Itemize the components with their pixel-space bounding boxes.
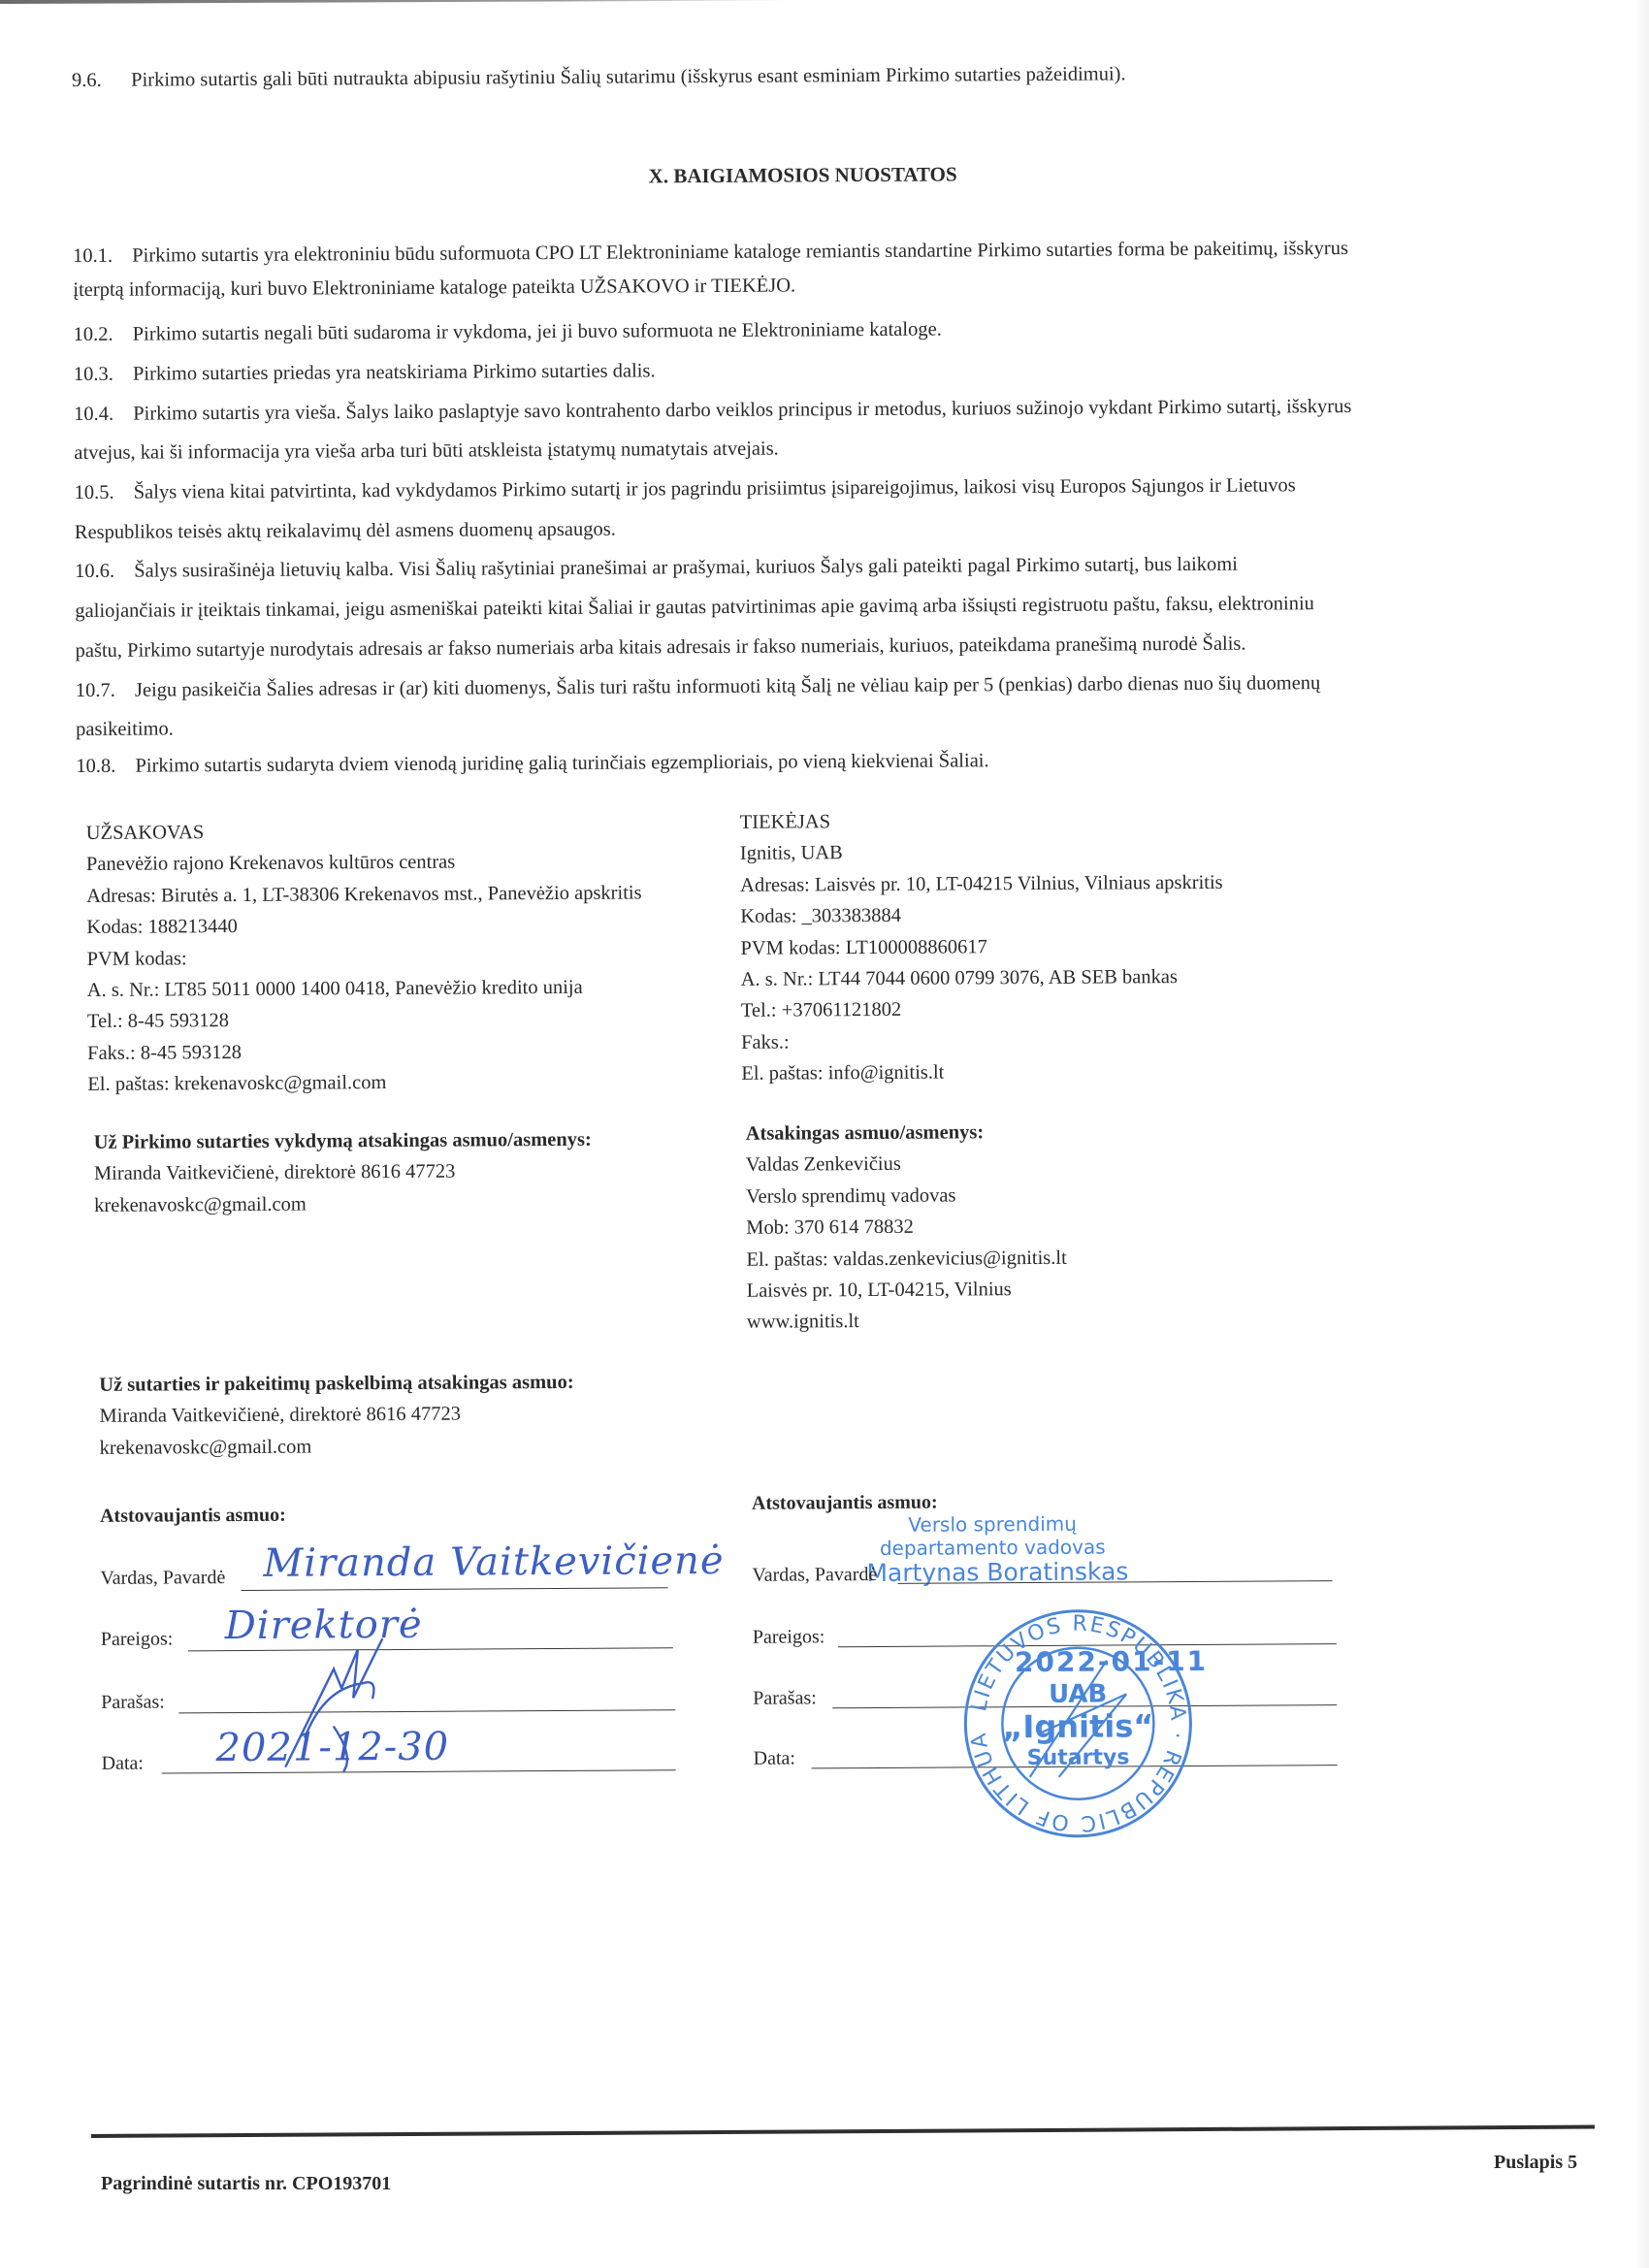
clause-number: 10.8. [76,756,130,778]
position-stamp: Verslo sprendimų departamento vadovas Ma… [866,1511,1118,1587]
supplier-responsible-email: El. paštas: valdas.zenkevicius@ignitis.l… [746,1242,1067,1275]
publication-responsible-person: Miranda Vaitkevičienė, direktorė 8616 47… [99,1398,574,1432]
section-heading: X. BAIGIAMOSIOS NUOSTATOS [649,162,957,188]
clause-9-6: 9.6. Pirkimo sutartis gali būti nutraukt… [72,63,1126,92]
supplier-responsible-mobile: Mob: 370 614 78832 [746,1211,1067,1244]
supplier-responsible-person: Valdas Zenkevičius [746,1148,1067,1181]
customer-responsible-title: Už Pirkimo sutarties vykdymą atsakingas … [94,1124,592,1159]
clause-10-6: 10.6. Šalys susirašinėja lietuvių kalba.… [75,554,1238,583]
customer-responsible-person: Miranda Vaitkevičienė, direktorė 8616 47… [94,1155,592,1190]
customer-role: UŽSAKOVAS [86,814,642,849]
customer-account: A. s. Nr.: LT85 5011 0000 1400 0418, Pan… [87,971,643,1006]
clause-text: Pirkimo sutartis gali būti nutraukta abi… [131,63,1126,90]
supplier-signature-block: Atstovaujantis asmuo: Verslo sprendimų d… [752,1489,1375,1900]
document-page: 9.6. Pirkimo sutartis gali būti nutraukt… [0,0,1649,2268]
stamp-position-line2: departamento vadovas [866,1535,1118,1560]
clause-10-5: 10.5. Šalys viena kitai patvirtinta, kad… [75,474,1296,504]
clause-10-8: 10.8. Pirkimo sutartis sudaryta dviem vi… [76,750,988,778]
signature-label: Parašas: [753,1687,817,1709]
handwritten-date: 2021-12-30 [215,1725,449,1770]
supplier-role: TIEKĖJAS [740,804,1223,838]
clause-10-4-continued: atvejus, kai ši informacija yra vieša ar… [74,438,779,465]
clause-10-5-continued: Respublikos teisės aktų reikalavimų dėl … [75,519,616,544]
clause-10-2: 10.2. Pirkimo sutartis negali būti sudar… [74,319,942,346]
position-label: Pareigos: [101,1628,174,1650]
signature-line [178,1709,675,1713]
name-line [242,1587,668,1591]
seal-line2: „Ignitis“ [1002,1707,1153,1745]
name-label: Vardas, Pavardė [752,1564,877,1587]
customer-code: Kodas: 188213440 [86,909,642,944]
clause-10-6-continued: paštu, Pirkimo sutartyje nurodytais adre… [76,633,1246,663]
customer-phone: Tel.: 8-45 593128 [87,1003,643,1038]
name-label: Vardas, Pavardė [100,1567,225,1590]
supplier-responsible-website: www.ignitis.lt [747,1305,1068,1338]
clause-number: 9.6. [72,70,126,92]
customer-responsible-email: krekenavoskc@gmail.com [94,1187,592,1222]
clause-number: 10.7. [76,680,130,702]
signature-label: Parašas: [101,1691,165,1713]
clause-10-4: 10.4. Pirkimo sutartis yra vieša. Šalys … [74,396,1351,426]
supplier-responsible: Atsakingas asmuo/asmenys: Valdas Zenkevi… [746,1117,1068,1339]
clause-number: 10.2. [74,324,128,346]
customer-details: UŽSAKOVAS Panevėžio rajono Krekenavos ku… [86,814,643,1100]
clause-number: 10.1. [73,245,127,268]
supplier-code: Kodas: _303383884 [740,898,1223,932]
date-label: Data: [102,1753,144,1775]
clause-10-7-continued: pasikeitimo. [76,718,174,741]
customer-vat-code: PVM kodas: [86,940,642,975]
supplier-account: A. s. Nr.: LT44 7044 0600 0799 3076, AB … [741,961,1224,995]
position-label: Pareigos: [753,1626,825,1648]
publication-responsible-email: krekenavoskc@gmail.com [100,1430,575,1464]
date-label: Data: [754,1748,795,1770]
clause-10-1: 10.1. Pirkimo sutartis yra elektroniniu … [73,238,1348,268]
supplier-address: Adresas: Laisvės pr. 10, LT-04215 Vilniu… [740,867,1223,901]
clause-text: Šalys susirašinėja lietuvių kalba. Visi … [134,554,1238,582]
supplier-responsible-position: Verslo sprendimų vadovas [746,1180,1067,1213]
clause-10-3: 10.3. Pirkimo sutarties priedas yra neat… [74,360,656,386]
customer-email: El. paštas: krekenavoskc@gmail.com [87,1066,643,1101]
footer-contract-number: Pagrindinė sutartis nr. CPO193701 [101,2173,391,2195]
publication-responsible: Už sutarties ir pakeitimų paskelbimą ats… [99,1367,574,1464]
supplier-email: El. paštas: info@ignitis.lt [741,1055,1224,1089]
clause-10-7: 10.7. Jeigu pasikeičia Šalies adresas ir… [76,672,1321,702]
publication-responsible-title: Už sutarties ir pakeitimų paskelbimą ats… [99,1367,574,1401]
clause-number: 10.5. [75,482,129,504]
supplier-fax: Faks.: [741,1024,1224,1058]
handwritten-name: Miranda Vaitkevičienė [263,1539,724,1586]
clause-text: Jeigu pasikeičia Šalies adresas ir (ar) … [135,672,1320,700]
supplier-name: Ignitis, UAB [740,835,1223,869]
clause-text: Pirkimo sutartis sudaryta dviem vienodą … [135,750,988,776]
clause-number: 10.3. [74,364,128,386]
supplier-responsible-title: Atsakingas asmuo/asmenys: [746,1117,1067,1150]
footer-page-number: Puslapis 5 [1494,2152,1577,2174]
supplier-responsible-address: Laisvės pr. 10, LT-04215, Vilnius [747,1274,1068,1307]
supplier-details: TIEKĖJAS Ignitis, UAB Adresas: Laisvės p… [740,804,1224,1090]
signature-block-title: Atstovaujantis asmuo: [100,1505,286,1528]
customer-fax: Faks.: 8-45 593128 [87,1034,643,1069]
company-seal: LIETUVOS RESPUBLIKA · REPUBLIC OF LITHUA… [961,1606,1195,1840]
supplier-vat-code: PVM kodas: LT100008860617 [740,929,1223,963]
clause-text: Pirkimo sutartis yra elektroniniu būdu s… [132,238,1348,267]
clause-text: Pirkimo sutarties priedas yra neatskiria… [133,360,656,384]
customer-responsible: Už Pirkimo sutarties vykdymą atsakingas … [94,1124,593,1221]
clause-number: 10.6. [75,561,129,583]
clause-text: Šalys viena kitai patvirtinta, kad vykdy… [134,474,1296,502]
signature-block-title: Atstovaujantis asmuo: [752,1492,938,1515]
customer-address: Adresas: Birutės a. 1, LT-38306 Krekenav… [86,877,642,912]
clause-number: 10.4. [74,404,128,426]
clause-text: Pirkimo sutartis negali būti sudaroma ir… [133,319,942,345]
clause-text: Pirkimo sutartis yra vieša. Šalys laiko … [133,396,1351,425]
supplier-phone: Tel.: +37061121802 [741,992,1224,1026]
customer-signature-block: Atstovaujantis asmuo: Vardas, Pavardė Mi… [100,1502,703,1797]
stamp-position-line1: Verslo sprendimų [866,1511,1118,1537]
customer-name: Panevėžio rajono Krekenavos kultūros cen… [86,846,642,881]
clause-10-6-continued: galiojančiais ir įteiktais tinkamai, jei… [75,593,1314,623]
date-stamp: 2022-01-11 [1015,1645,1208,1678]
clause-10-1-continued: įterptą informaciją, kuri buvo Elektroni… [73,275,795,302]
